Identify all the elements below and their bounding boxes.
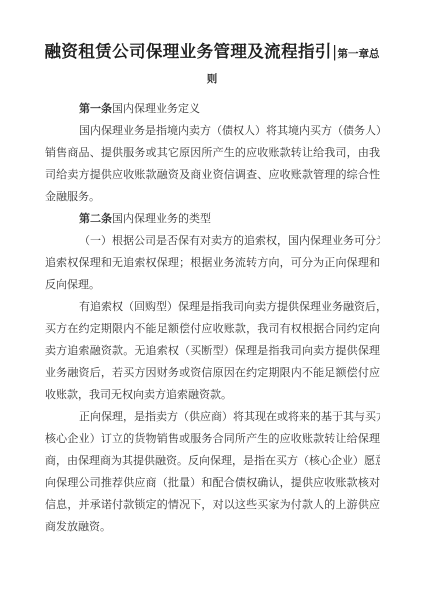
paragraph-line: 金融服务。 (45, 186, 380, 208)
paragraph-line: 信息，并承诺付款锁定的情况下，对以这些买家为付款人的上游供应 (45, 494, 380, 516)
paragraph-line: 业务融资后，若买方因财务或资信原因在约定期限内不能足额偿付应 (45, 362, 380, 384)
paragraph-line: 收账款，我司无权向卖方追索融资款。 (45, 384, 380, 406)
section-number: 第一条 (79, 103, 112, 115)
title-chapter-wrap: 则 (0, 73, 424, 86)
paragraph-line: 核心企业）订立的货物销售或服务合同所产生的应收账款转让给保理 (45, 428, 380, 450)
paragraph-line: 国内保理业务是指境内卖方（债权人）将其境内买方（债务人） (45, 120, 380, 142)
section-title: 国内保理业务定义 (112, 103, 200, 115)
title-line-1: 融资租赁公司保理业务管理及流程指引|第一章总 (0, 42, 424, 65)
document-body: 第一条国内保理业务定义国内保理业务是指境内卖方（债权人）将其境内买方（债务人）销… (45, 98, 380, 538)
section-heading: 第二条国内保理业务的类型 (45, 208, 380, 230)
title-main: 融资租赁公司保理业务管理及流程指引 (44, 42, 331, 61)
paragraph-line: 买方在约定期限内不能足额偿付应收账款，我司有权根据合同约定向 (45, 318, 380, 340)
paragraph-line: 商，由保理商为其提供融资。反向保理，是指在买方（核心企业）愿意 (45, 450, 380, 472)
title-chapter-label: 第一章总 (338, 49, 380, 60)
paragraph-line: 反向保理。 (45, 274, 380, 296)
document-title: 融资租赁公司保理业务管理及流程指引|第一章总 则 (0, 0, 424, 86)
document-page: 融资租赁公司保理业务管理及流程指引|第一章总 则 第一条国内保理业务定义国内保理… (0, 0, 424, 600)
paragraph-line: 卖方追索融资款。无追索权（买断型）保理是指我司向卖方提供保理 (45, 340, 380, 362)
paragraph-line: 销售商品、提供服务或其它原因所产生的应收账款转让给我司，由我 (45, 142, 380, 164)
paragraph-line: （一）根据公司是否保有对卖方的追索权，国内保理业务可分为有 (45, 230, 380, 252)
paragraph-line: 有追索权（回购型）保理是指我司向卖方提供保理业务融资后，若 (45, 296, 380, 318)
paragraph-line: 追索权保理和无追索权保理；根据业务流转方向，可分为正向保理和 (45, 252, 380, 274)
paragraph-line: 司给卖方提供应收账款融资及商业资信调查、应收账款管理的综合性 (45, 164, 380, 186)
paragraph-line: 向保理公司推荐供应商（批量）和配合债权确认，提供应收账款核对 (45, 472, 380, 494)
section-title: 国内保理业务的类型 (112, 213, 211, 225)
paragraph-line: 商发放融资。 (45, 516, 380, 538)
paragraph-line: 正向保理，是指卖方（供应商）将其现在或将来的基于其与买方（ (45, 406, 380, 428)
section-number: 第二条 (79, 213, 112, 225)
section-heading: 第一条国内保理业务定义 (45, 98, 380, 120)
